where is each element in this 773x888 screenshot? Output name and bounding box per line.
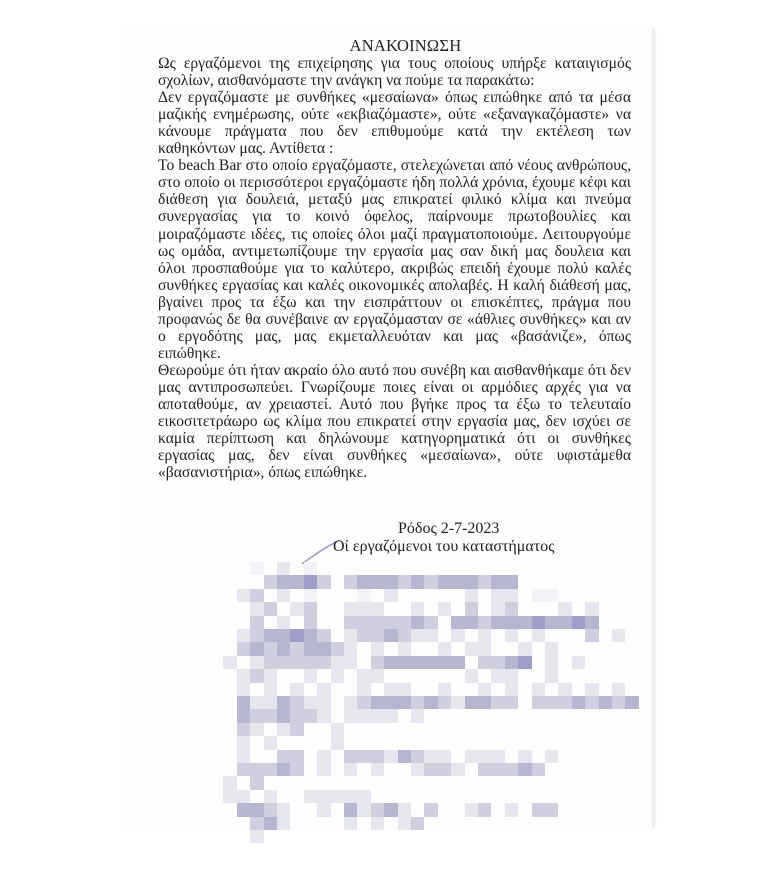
mosaic-cell — [438, 602, 451, 615]
mosaic-cell — [384, 629, 397, 642]
mosaic-cell — [344, 763, 357, 776]
paragraph-denial: Δεν εργαζόμαστε με συνθήκες «μεσαίωνα» ό… — [158, 89, 631, 157]
paragraph-intro: Ως εργαζόμενοι της επιχείρησης για τους … — [158, 55, 631, 89]
mosaic-cell — [264, 709, 277, 722]
mosaic-cell — [478, 575, 491, 588]
mosaic-cell — [264, 790, 277, 803]
mosaic-cell — [237, 629, 250, 642]
mosaic-cell — [290, 683, 303, 696]
mosaic-cell — [518, 642, 531, 655]
mosaic-cell — [545, 642, 558, 655]
mosaic-cell — [384, 589, 397, 602]
mosaic-cell — [572, 616, 585, 629]
mosaic-cell — [478, 616, 491, 629]
mosaic-cell — [505, 683, 518, 696]
mosaic-cell — [357, 669, 370, 682]
mosaic-cell — [371, 750, 384, 763]
mosaic-cell — [264, 683, 277, 696]
mosaic-cell — [398, 616, 411, 629]
mosaic-cell — [532, 616, 545, 629]
mosaic-cell — [277, 656, 290, 669]
mosaic-cell — [612, 683, 625, 696]
mosaic-cell — [264, 696, 277, 709]
mosaic-cell — [438, 575, 451, 588]
mosaic-cell — [532, 696, 545, 709]
mosaic-cell — [250, 602, 263, 615]
mosaic-cell — [411, 629, 424, 642]
mosaic-cell — [331, 736, 344, 749]
mosaic-cell — [344, 709, 357, 722]
mosaic-cell — [371, 763, 384, 776]
mosaic-cell — [398, 750, 411, 763]
mosaic-cell — [491, 602, 504, 615]
mosaic-cell — [277, 723, 290, 736]
mosaic-cell — [237, 736, 250, 749]
mosaic-cell — [344, 803, 357, 816]
mosaic-cell — [398, 642, 411, 655]
mosaic-cell — [478, 656, 491, 669]
mosaic-cell — [237, 669, 250, 682]
mosaic-cell — [277, 817, 290, 830]
mosaic-cell — [250, 763, 263, 776]
mosaic-cell — [518, 763, 531, 776]
mosaic-cell — [451, 763, 464, 776]
mosaic-cell — [438, 683, 451, 696]
mosaic-cell — [384, 696, 397, 709]
mosaic-cell — [505, 656, 518, 669]
mosaic-cell — [250, 696, 263, 709]
mosaic-cell — [357, 575, 370, 588]
mosaic-cell — [424, 656, 437, 669]
mosaic-cell — [304, 589, 317, 602]
mosaic-cell — [357, 629, 370, 642]
mosaic-cell — [344, 750, 357, 763]
mosaic-cell — [465, 803, 478, 816]
mosaic-cell — [304, 616, 317, 629]
mosaic-cell — [304, 790, 317, 803]
mosaic-cell — [331, 669, 344, 682]
mosaic-cell — [465, 750, 478, 763]
mosaic-cell — [237, 696, 250, 709]
mosaic-cell — [424, 629, 437, 642]
mosaic-cell — [237, 709, 250, 722]
mosaic-cell — [250, 616, 263, 629]
mosaic-cell — [331, 723, 344, 736]
mosaic-cell — [478, 642, 491, 655]
mosaic-cell — [451, 575, 464, 588]
mosaic-cell — [411, 750, 424, 763]
mosaic-cell — [277, 562, 290, 575]
mosaic-cell — [237, 750, 250, 763]
mosaic-cell — [250, 830, 263, 843]
mosaic-cell — [264, 656, 277, 669]
mosaic-cell — [237, 763, 250, 776]
mosaic-cell — [465, 575, 478, 588]
mosaic-cell — [357, 709, 370, 722]
mosaic-cell — [277, 696, 290, 709]
mosaic-cell — [478, 763, 491, 776]
mosaic-cell — [223, 776, 236, 789]
mosaic-cell — [371, 602, 384, 615]
mosaic-cell — [572, 656, 585, 669]
mosaic-cell — [264, 669, 277, 682]
mosaic-cell — [304, 642, 317, 655]
mosaic-cell — [384, 656, 397, 669]
mosaic-cell — [438, 750, 451, 763]
mosaic-cell — [505, 575, 518, 588]
mosaic-cell — [411, 575, 424, 588]
mosaic-cell — [545, 656, 558, 669]
mosaic-cell — [532, 803, 545, 816]
mosaic-cell — [344, 616, 357, 629]
mosaic-cell — [465, 696, 478, 709]
mosaic-cell — [558, 602, 571, 615]
mosaic-cell — [304, 602, 317, 615]
mosaic-cell — [304, 709, 317, 722]
mosaic-cell — [344, 656, 357, 669]
mosaic-cell — [424, 696, 437, 709]
mosaic-cell — [398, 817, 411, 830]
mosaic-cell — [290, 656, 303, 669]
mosaic-cell — [491, 575, 504, 588]
mosaic-cell — [317, 696, 330, 709]
mosaic-cell — [585, 602, 598, 615]
mosaic-cell — [264, 763, 277, 776]
mosaic-cell — [505, 602, 518, 615]
mosaic-cell — [264, 736, 277, 749]
mosaic-cell — [264, 803, 277, 816]
mosaic-cell — [250, 656, 263, 669]
mosaic-cell — [424, 763, 437, 776]
mosaic-cell — [371, 669, 384, 682]
mosaic-cell — [264, 602, 277, 615]
mosaic-cell — [505, 669, 518, 682]
mosaic-cell — [612, 696, 625, 709]
mosaic-cell — [290, 696, 303, 709]
mosaic-cell — [491, 696, 504, 709]
mosaic-cell — [451, 656, 464, 669]
mosaic-cell — [438, 763, 451, 776]
mosaic-cell — [304, 669, 317, 682]
mosaic-cell — [290, 642, 303, 655]
mosaic-cell — [304, 629, 317, 642]
mosaic-cell — [505, 589, 518, 602]
mosaic-cell — [357, 602, 370, 615]
mosaic-cell — [585, 696, 598, 709]
mosaic-cell — [518, 616, 531, 629]
mosaic-cell — [491, 656, 504, 669]
mosaic-cell — [371, 656, 384, 669]
mosaic-cell — [545, 669, 558, 682]
mosaic-cell — [491, 750, 504, 763]
mosaic-cell — [465, 616, 478, 629]
mosaic-cell — [545, 750, 558, 763]
mosaic-cell — [277, 803, 290, 816]
mosaic-cell — [317, 642, 330, 655]
mosaic-cell — [344, 629, 357, 642]
mosaic-cell — [357, 696, 370, 709]
mosaic-cell — [491, 589, 504, 602]
mosaic-cell — [250, 723, 263, 736]
mosaic-cell — [277, 709, 290, 722]
mosaic-cell — [398, 803, 411, 816]
mosaic-cell — [304, 575, 317, 588]
mosaic-cell — [357, 803, 370, 816]
mosaic-cell — [344, 602, 357, 615]
mosaic-cell — [424, 575, 437, 588]
mosaic-cell — [585, 616, 598, 629]
mosaic-cell — [398, 656, 411, 669]
mosaic-cell — [237, 723, 250, 736]
mosaic-cell — [290, 629, 303, 642]
mosaic-cell — [371, 803, 384, 816]
mosaic-cell — [411, 696, 424, 709]
mosaic-cell — [411, 709, 424, 722]
mosaic-cell — [505, 629, 518, 642]
mosaic-cell — [264, 817, 277, 830]
mosaic-cell — [532, 629, 545, 642]
mosaic-cell — [398, 629, 411, 642]
mosaic-cell — [223, 790, 236, 803]
mosaic-cell — [250, 776, 263, 789]
mosaic-cell — [237, 803, 250, 816]
mosaic-cell — [290, 575, 303, 588]
mosaic-cell — [317, 790, 330, 803]
mosaic-cell — [317, 709, 330, 722]
mosaic-cell — [572, 696, 585, 709]
mosaic-cell — [250, 669, 263, 682]
mosaic-cell — [451, 696, 464, 709]
mosaic-cell — [451, 629, 464, 642]
mosaic-cell — [250, 642, 263, 655]
mosaic-cell — [237, 589, 250, 602]
mosaic-cell — [411, 656, 424, 669]
mosaic-cell — [277, 763, 290, 776]
mosaic-cell — [518, 750, 531, 763]
mosaic-cell — [277, 575, 290, 588]
mosaic-cell — [317, 629, 330, 642]
mosaic-cell — [317, 750, 330, 763]
mosaic-cell — [317, 763, 330, 776]
mosaic-cell — [371, 642, 384, 655]
mosaic-cell — [491, 616, 504, 629]
signers-line: Οί εργαζόμενοι του καταστήματος — [333, 538, 555, 556]
mosaic-cell — [250, 629, 263, 642]
mosaic-cell — [505, 763, 518, 776]
mosaic-cell — [277, 589, 290, 602]
mosaic-cell — [411, 763, 424, 776]
document-title: ΑΝΑΚΟΙΝΩΣΗ — [158, 37, 631, 54]
mosaic-cell — [237, 790, 250, 803]
mosaic-cell — [411, 817, 424, 830]
mosaic-cell — [558, 616, 571, 629]
mosaic-cell — [545, 616, 558, 629]
mosaic-cell — [290, 723, 303, 736]
mosaic-cell — [357, 616, 370, 629]
mosaic-cell — [478, 683, 491, 696]
mosaic-cell — [277, 642, 290, 655]
mosaic-cell — [625, 696, 638, 709]
mosaic-cell — [505, 696, 518, 709]
mosaic-cell — [357, 589, 370, 602]
mosaic-cell — [505, 803, 518, 816]
mosaic-cell — [411, 602, 424, 615]
mosaic-cell — [250, 562, 263, 575]
mosaic-cell — [317, 683, 330, 696]
mosaic-cell — [344, 696, 357, 709]
mosaic-cell — [465, 589, 478, 602]
mosaic-cell — [344, 790, 357, 803]
mosaic-cell — [237, 683, 250, 696]
mosaic-cell — [344, 575, 357, 588]
mosaic-cell — [465, 642, 478, 655]
mosaic-cell — [331, 656, 344, 669]
mosaic-cell — [223, 656, 236, 669]
mosaic-cell — [478, 803, 491, 816]
mosaic-cell — [317, 575, 330, 588]
paragraph-conclusion: Θεωρούμε ότι ήταν ακραίο όλο αυτό που συ… — [158, 362, 631, 481]
mosaic-cell — [451, 616, 464, 629]
mosaic-cell — [290, 750, 303, 763]
mosaic-cell — [398, 683, 411, 696]
mosaic-cell — [384, 575, 397, 588]
mosaic-cell — [585, 683, 598, 696]
mosaic-cell — [424, 616, 437, 629]
mosaic-cell — [371, 696, 384, 709]
mosaic-cell — [384, 683, 397, 696]
mosaic-cell — [438, 656, 451, 669]
mosaic-cell — [491, 669, 504, 682]
mosaic-cell — [290, 709, 303, 722]
mosaic-cell — [532, 683, 545, 696]
mosaic-cell — [545, 589, 558, 602]
mosaic-cell — [317, 656, 330, 669]
mosaic-cell — [558, 696, 571, 709]
mosaic-cell — [290, 763, 303, 776]
mosaic-cell — [478, 629, 491, 642]
mosaic-cell — [545, 803, 558, 816]
mosaic-cell — [558, 683, 571, 696]
mosaic-cell — [384, 616, 397, 629]
mosaic-cell — [424, 803, 437, 816]
announcement-document: ΑΝΑΚΟΙΝΩΣΗ Ως εργαζόμενοι της επιχείρηση… — [158, 37, 631, 481]
mosaic-cell — [545, 696, 558, 709]
mosaic-cell — [250, 589, 263, 602]
mosaic-cell — [317, 803, 330, 816]
mosaic-cell — [438, 642, 451, 655]
date-line: Ρόδος 2-7-2023 — [398, 520, 499, 538]
mosaic-cell — [612, 629, 625, 642]
mosaic-cell — [277, 750, 290, 763]
mosaic-cell — [505, 616, 518, 629]
mosaic-cell — [331, 790, 344, 803]
mosaic-cell — [357, 750, 370, 763]
mosaic-cell — [371, 575, 384, 588]
mosaic-cell — [344, 817, 357, 830]
mosaic-cell — [277, 616, 290, 629]
mosaic-cell — [478, 696, 491, 709]
mosaic-cell — [371, 629, 384, 642]
mosaic-cell — [264, 575, 277, 588]
mosaic-cell — [250, 709, 263, 722]
mosaic-cell — [438, 696, 451, 709]
mosaic-cell — [585, 629, 598, 642]
mosaic-cell — [304, 562, 317, 575]
paragraph-beach-bar: Το beach Bar στο οποίο εργαζόμαστε, στελ… — [158, 157, 631, 362]
mosaic-cell — [304, 656, 317, 669]
mosaic-cell — [250, 803, 263, 816]
mosaic-cell — [331, 642, 344, 655]
mosaic-cell — [264, 629, 277, 642]
mosaic-cell — [237, 642, 250, 655]
mosaic-cell — [465, 669, 478, 682]
mosaic-cell — [411, 616, 424, 629]
mosaic-cell — [599, 696, 612, 709]
mosaic-cell — [465, 602, 478, 615]
mosaic-cell — [357, 683, 370, 696]
mosaic-cell — [384, 750, 397, 763]
mosaic-cell — [371, 817, 384, 830]
mosaic-cell — [478, 750, 491, 763]
mosaic-cell — [290, 602, 303, 615]
mosaic-cell — [518, 656, 531, 669]
mosaic-cell — [344, 642, 357, 655]
mosaic-cell — [250, 817, 263, 830]
mosaic-cell — [384, 709, 397, 722]
mosaic-cell — [532, 763, 545, 776]
mosaic-cell — [532, 589, 545, 602]
mosaic-cell — [371, 709, 384, 722]
mosaic-cell — [398, 575, 411, 588]
mosaic-cell — [424, 750, 437, 763]
mosaic-cell — [264, 642, 277, 655]
mosaic-cell — [304, 696, 317, 709]
mosaic-cell — [384, 803, 397, 816]
mosaic-cell — [398, 696, 411, 709]
mosaic-cell — [277, 629, 290, 642]
mosaic-cell — [491, 763, 504, 776]
mosaic-cell — [357, 790, 370, 803]
mosaic-cell — [371, 616, 384, 629]
